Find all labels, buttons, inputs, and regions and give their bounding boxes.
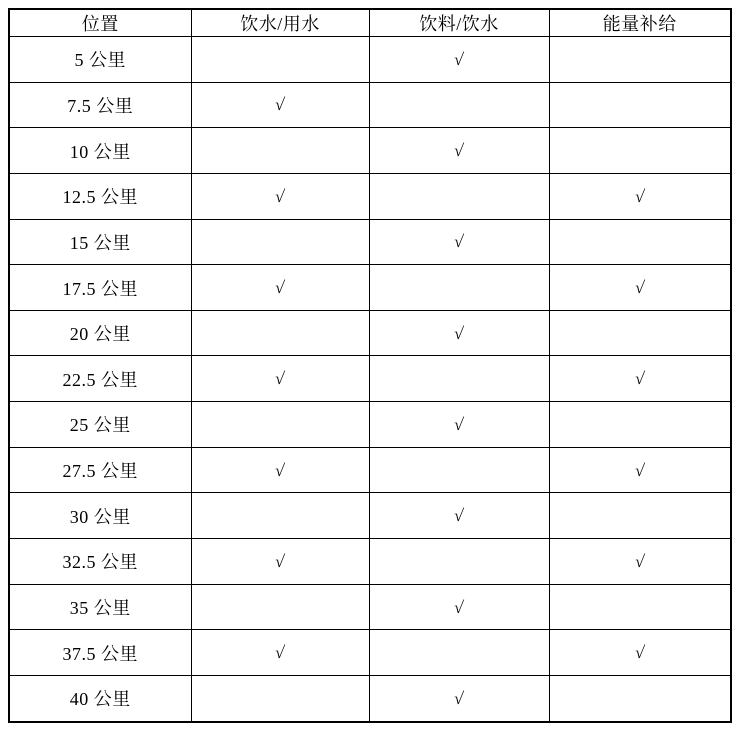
table-row: 32.5 公里 √ √: [9, 539, 731, 585]
table-row: 5 公里 √: [9, 37, 731, 83]
check-mark-icon: √: [453, 415, 465, 435]
check-mark-icon: √: [634, 369, 646, 389]
energy-supply-cell: √: [549, 539, 731, 585]
check-mark-icon: √: [634, 461, 646, 481]
location-cell: 27.5 公里: [9, 447, 191, 493]
location-cell: 17.5 公里: [9, 265, 191, 311]
table-row: 15 公里 √: [9, 219, 731, 265]
table-row: 40 公里 √: [9, 675, 731, 722]
check-mark-icon: √: [453, 141, 465, 161]
energy-supply-cell: √: [549, 356, 731, 402]
check-mark-icon: √: [274, 187, 286, 207]
check-mark-icon: √: [634, 278, 646, 298]
location-cell: 25 公里: [9, 402, 191, 448]
header-drinking-water: 饮水/用水: [191, 9, 369, 37]
check-mark-icon: √: [634, 187, 646, 207]
drinking-water-cell: √: [191, 173, 369, 219]
location-cell: 12.5 公里: [9, 173, 191, 219]
energy-supply-cell: √: [549, 630, 731, 676]
location-cell: 10 公里: [9, 128, 191, 174]
beverage-water-cell: √: [369, 310, 549, 356]
energy-supply-cell: [549, 584, 731, 630]
drinking-water-cell: [191, 310, 369, 356]
table-row: 10 公里 √: [9, 128, 731, 174]
check-mark-icon: √: [274, 95, 286, 115]
energy-supply-cell: [549, 219, 731, 265]
location-cell: 5 公里: [9, 37, 191, 83]
check-mark-icon: √: [274, 278, 286, 298]
drinking-water-cell: √: [191, 82, 369, 128]
check-mark-icon: √: [634, 552, 646, 572]
energy-supply-cell: [549, 37, 731, 83]
energy-supply-cell: √: [549, 173, 731, 219]
beverage-water-cell: √: [369, 402, 549, 448]
drinking-water-cell: [191, 402, 369, 448]
header-row: 位置 饮水/用水 饮料/饮水 能量补给: [9, 9, 731, 37]
drinking-water-cell: [191, 37, 369, 83]
energy-supply-cell: [549, 675, 731, 722]
table-body: 5 公里 √ 7.5 公里 √ 10 公里 √ 12.5 公里 √ √ 15 公…: [9, 37, 731, 723]
check-mark-icon: √: [453, 324, 465, 344]
beverage-water-cell: [369, 265, 549, 311]
check-mark-icon: √: [274, 643, 286, 663]
beverage-water-cell: [369, 173, 549, 219]
beverage-water-cell: √: [369, 675, 549, 722]
table-row: 22.5 公里 √ √: [9, 356, 731, 402]
table-row: 20 公里 √: [9, 310, 731, 356]
table-row: 7.5 公里 √: [9, 82, 731, 128]
beverage-water-cell: [369, 539, 549, 585]
table-row: 17.5 公里 √ √: [9, 265, 731, 311]
table-row: 27.5 公里 √ √: [9, 447, 731, 493]
location-cell: 30 公里: [9, 493, 191, 539]
supply-station-table: 位置 饮水/用水 饮料/饮水 能量补给 5 公里 √ 7.5 公里 √ 10 公…: [8, 8, 732, 723]
beverage-water-cell: [369, 82, 549, 128]
energy-supply-cell: [549, 310, 731, 356]
location-cell: 22.5 公里: [9, 356, 191, 402]
beverage-water-cell: [369, 630, 549, 676]
check-mark-icon: √: [274, 461, 286, 481]
drinking-water-cell: [191, 493, 369, 539]
beverage-water-cell: [369, 447, 549, 493]
drinking-water-cell: [191, 219, 369, 265]
check-mark-icon: √: [453, 598, 465, 618]
table-row: 12.5 公里 √ √: [9, 173, 731, 219]
energy-supply-cell: √: [549, 265, 731, 311]
energy-supply-cell: [549, 128, 731, 174]
header-location: 位置: [9, 9, 191, 37]
table-row: 35 公里 √: [9, 584, 731, 630]
drinking-water-cell: [191, 675, 369, 722]
check-mark-icon: √: [274, 552, 286, 572]
beverage-water-cell: √: [369, 37, 549, 83]
beverage-water-cell: √: [369, 493, 549, 539]
beverage-water-cell: √: [369, 584, 549, 630]
header-energy-supply: 能量补给: [549, 9, 731, 37]
drinking-water-cell: √: [191, 447, 369, 493]
drinking-water-cell: √: [191, 356, 369, 402]
check-mark-icon: √: [453, 689, 465, 709]
drinking-water-cell: [191, 584, 369, 630]
header-beverage-water: 饮料/饮水: [369, 9, 549, 37]
beverage-water-cell: [369, 356, 549, 402]
table-row: 25 公里 √: [9, 402, 731, 448]
location-cell: 15 公里: [9, 219, 191, 265]
energy-supply-cell: [549, 402, 731, 448]
energy-supply-cell: [549, 82, 731, 128]
table-row: 30 公里 √: [9, 493, 731, 539]
check-mark-icon: √: [453, 232, 465, 252]
check-mark-icon: √: [453, 50, 465, 70]
location-cell: 40 公里: [9, 675, 191, 722]
energy-supply-cell: √: [549, 447, 731, 493]
beverage-water-cell: √: [369, 128, 549, 174]
check-mark-icon: √: [634, 643, 646, 663]
location-cell: 37.5 公里: [9, 630, 191, 676]
drinking-water-cell: √: [191, 265, 369, 311]
location-cell: 7.5 公里: [9, 82, 191, 128]
check-mark-icon: √: [274, 369, 286, 389]
location-cell: 20 公里: [9, 310, 191, 356]
drinking-water-cell: √: [191, 539, 369, 585]
location-cell: 35 公里: [9, 584, 191, 630]
table-row: 37.5 公里 √ √: [9, 630, 731, 676]
beverage-water-cell: √: [369, 219, 549, 265]
energy-supply-cell: [549, 493, 731, 539]
location-cell: 32.5 公里: [9, 539, 191, 585]
drinking-water-cell: √: [191, 630, 369, 676]
check-mark-icon: √: [453, 506, 465, 526]
drinking-water-cell: [191, 128, 369, 174]
